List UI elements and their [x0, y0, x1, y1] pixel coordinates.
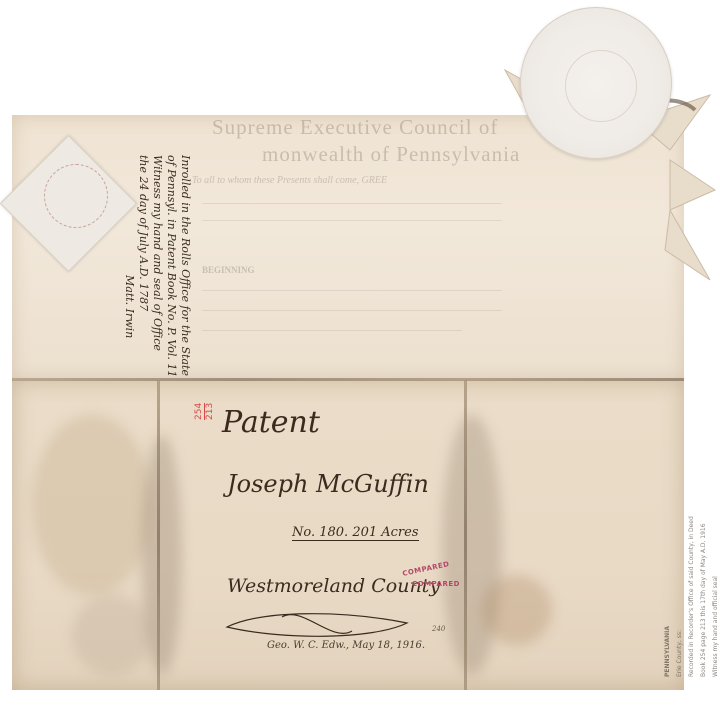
- seal-emblem-icon: [44, 164, 108, 228]
- printed-body-line: [202, 220, 502, 221]
- enrollment-note: Inrolled in the Rolls Office for the Sta…: [122, 155, 192, 377]
- vertical-fold-line-right: [464, 380, 467, 690]
- recorder-line: Book 254 page 213 this 17th day of May A…: [698, 500, 710, 677]
- red-number: 213: [205, 403, 215, 420]
- red-docket-numbers: 254 213: [194, 403, 215, 420]
- recorder-line: Recorded in Recorder's Office of said Co…: [686, 500, 698, 677]
- docket-title: Patent: [222, 405, 320, 440]
- patent-number-acres: No. 180. 201 Acres: [292, 525, 419, 541]
- recorder-line: Witness my hand and official seal: [710, 500, 720, 677]
- red-number: 254: [194, 403, 205, 420]
- printed-body-line: [202, 203, 502, 204]
- printed-header-line1: Supreme Executive Council of: [212, 115, 498, 140]
- enrollment-line: Witness my hand and seal of Office: [150, 155, 164, 377]
- printed-body-line: [202, 330, 462, 331]
- recorder-state: PENNSYLVANIA: [662, 500, 674, 677]
- printed-body-line: [202, 290, 502, 291]
- printed-header-line3: To all to whom these Presents shall come…: [192, 175, 387, 186]
- vertical-fold-line-left: [157, 380, 160, 690]
- printed-body-line: [202, 310, 502, 311]
- enrollment-line: of Pennsyl. in Patent Book No. P. Vol. 1…: [164, 155, 178, 377]
- printed-body-word: BEGINNING: [202, 265, 255, 275]
- page-mark: 240: [432, 625, 445, 633]
- grantee-name: Joseph McGuffin: [227, 470, 429, 498]
- recorder-county: Erie County, ss:: [674, 500, 686, 677]
- seal-emblem-icon: [565, 50, 637, 122]
- enrollment-line: Inrolled in the Rolls Office for the Sta…: [178, 155, 192, 377]
- enrollment-signature: Matt. Irwin: [122, 155, 136, 377]
- enrollment-line: the 24 day of July A.D. 1787: [136, 155, 150, 377]
- compared-stamp: COMPARED: [412, 580, 460, 588]
- recorder-certificate: PENNSYLVANIA Erie County, ss: Recorded i…: [662, 500, 720, 677]
- county-name: Westmoreland County: [227, 575, 440, 597]
- recorded-note: Geo. W. C. Edw., May 18, 1916.: [267, 640, 425, 651]
- horizontal-fold-line: [12, 378, 684, 381]
- flourish-icon: [222, 605, 422, 645]
